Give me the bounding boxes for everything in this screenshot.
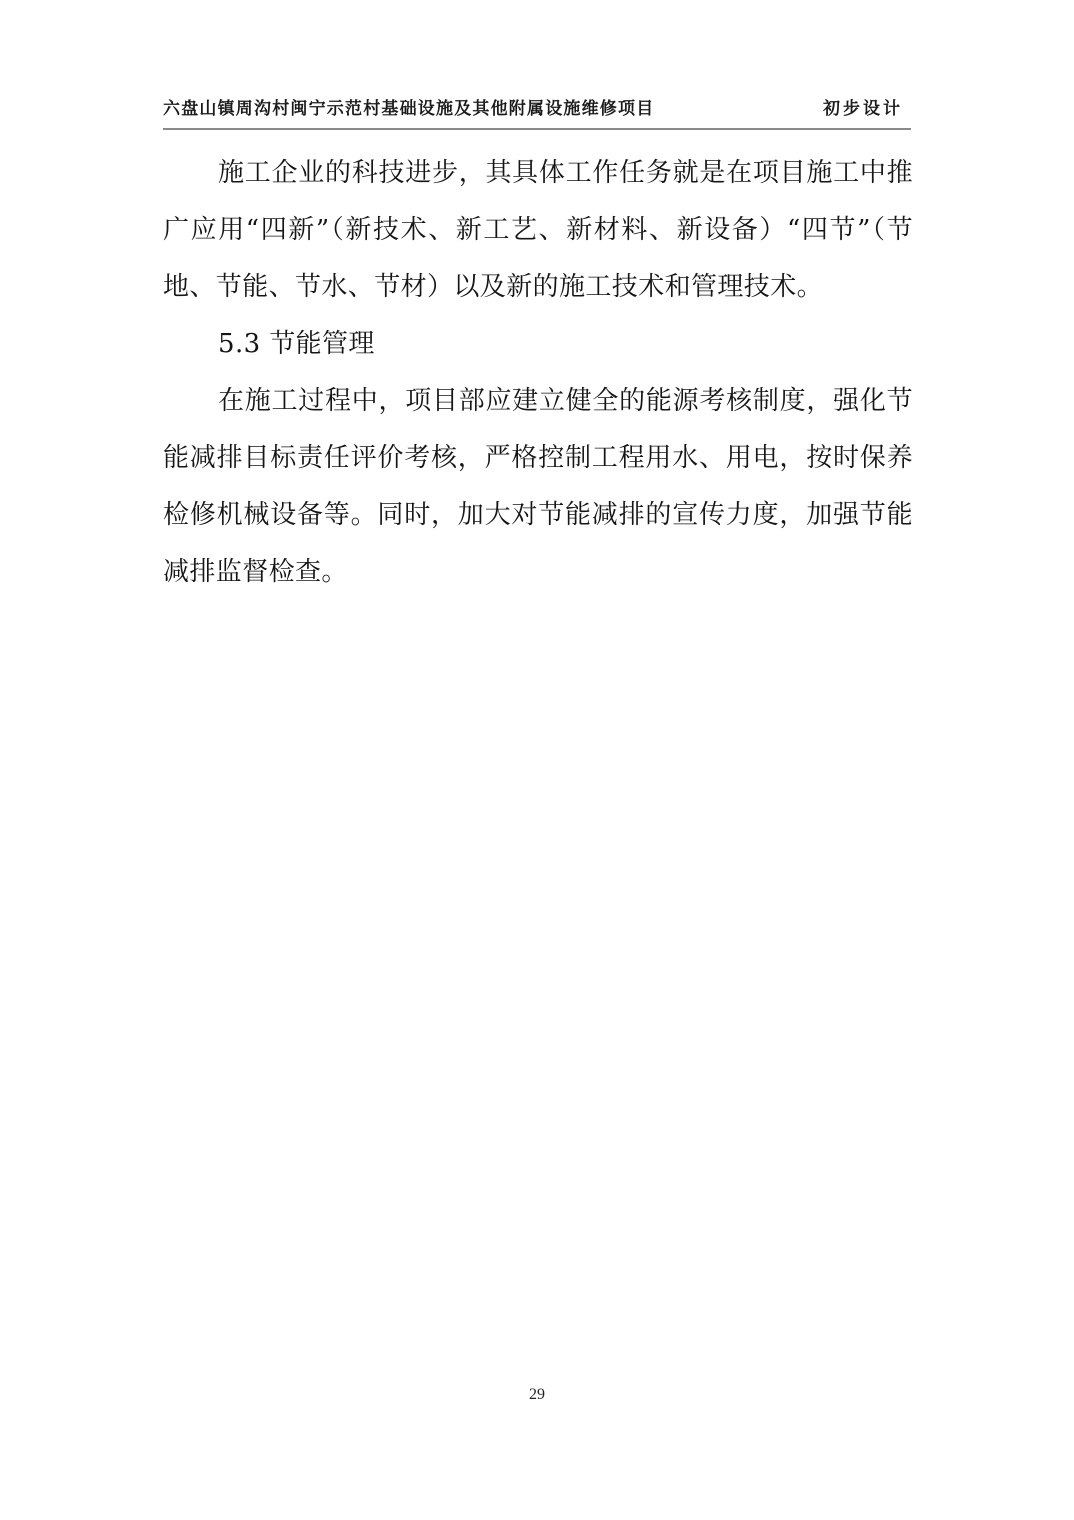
header-divider — [163, 128, 911, 130]
page-number: 29 — [0, 1386, 1074, 1404]
document-section-label: 初步设计 — [823, 94, 903, 119]
page-body: 施工企业的科技进步，其具体工作任务就是在项目施工中推广应用“四新”（新技术、新工… — [163, 145, 913, 601]
page-header: 六盘山镇周沟村闽宁示范村基础设施及其他附属设施维修项目 初步设计 — [163, 92, 911, 128]
paragraph-tech-progress: 施工企业的科技进步，其具体工作任务就是在项目施工中推广应用“四新”（新技术、新工… — [163, 145, 913, 316]
document-title: 六盘山镇周沟村闽宁示范村基础设施及其他附属设施维修项目 — [163, 94, 654, 119]
section-heading-energy-management: 5.3 节能管理 — [163, 316, 913, 373]
paragraph-energy-management: 在施工过程中，项目部应建立健全的能源考核制度，强化节能减排目标责任评价考核，严格… — [163, 373, 913, 601]
